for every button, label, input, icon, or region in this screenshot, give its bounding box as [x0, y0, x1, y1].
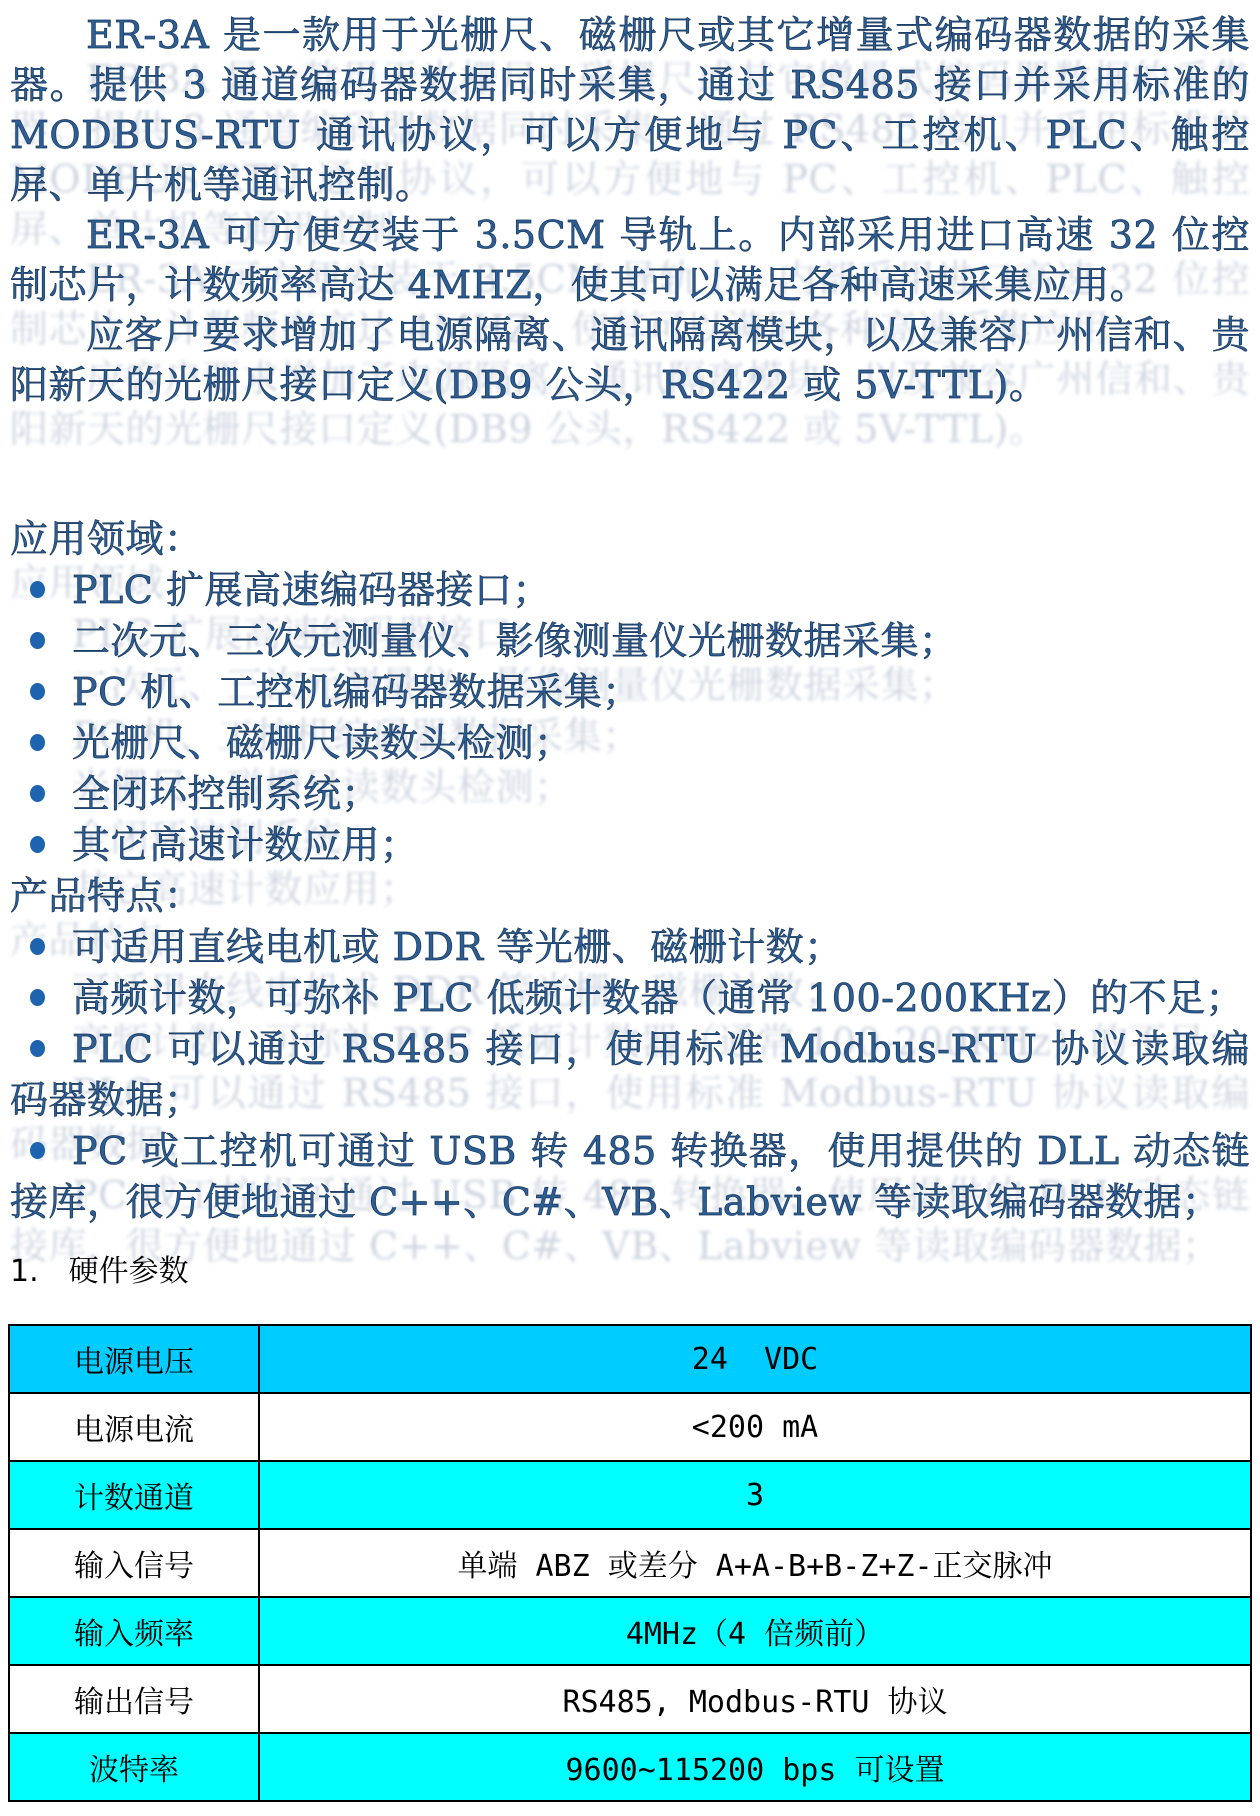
param-label-cell: 输出信号 [9, 1665, 259, 1733]
bullet-icon [30, 734, 45, 751]
list-item: PC 或工控机可通过 USB 转 485 转换器，使用提供的 DLL 动态链接库… [10, 1126, 1250, 1228]
param-value-cell: RS485, Modbus-RTU 协议 [259, 1665, 1251, 1733]
list-item-text: 光栅尺、磁栅尺读数头检测； [72, 721, 573, 765]
applications-heading: 应用领域： [10, 514, 1250, 565]
list-item-text: 全闭环控制系统； [72, 772, 380, 816]
section-title: 硬件参数 [69, 1254, 189, 1289]
features-list: 可适用直线电机或 DDR 等光栅、磁栅计数； 高频计数，可弥补 PLC 低频计数… [10, 922, 1250, 1228]
features-heading: 产品特点： [10, 871, 1250, 922]
list-item: PC 机、工控机编码器数据采集； [10, 667, 1250, 718]
bullet-icon [30, 683, 45, 700]
list-item: 高频计数，可弥补 PLC 低频计数器（通常 100-200KHz）的不足； [10, 973, 1250, 1024]
list-item: 可适用直线电机或 DDR 等光栅、磁栅计数； [10, 922, 1250, 973]
document-page: ER-3A 是一款用于光栅尺、磁栅尺或其它增量式编码器数据的采集器。提供 3 通… [0, 0, 1260, 1816]
bullet-icon [30, 785, 45, 802]
table-row: 波特率 9600~115200 bps 可设置 [9, 1733, 1251, 1801]
param-label-cell: 电源电流 [9, 1393, 259, 1461]
table-row: 计数通道 3 [9, 1461, 1251, 1529]
param-label-cell: 输入信号 [9, 1529, 259, 1597]
param-value-cell: 3 [259, 1461, 1251, 1529]
param-value-cell: 24 VDC [259, 1325, 1251, 1393]
section-number: 1. [10, 1254, 39, 1289]
bullet-icon [30, 989, 45, 1006]
param-value-cell: 9600~115200 bps 可设置 [259, 1733, 1251, 1801]
list-item-text: 高频计数，可弥补 PLC 低频计数器（通常 100-200KHz）的不足； [72, 976, 1244, 1020]
table-row: 电源电流 <200 mA [9, 1393, 1251, 1461]
param-label-cell: 输入频率 [9, 1597, 259, 1665]
list-item: PLC 扩展高速编码器接口； [10, 565, 1250, 616]
param-label-cell: 电源电压 [9, 1325, 259, 1393]
bullet-icon [30, 581, 45, 598]
list-item: PLC 可以通过 RS485 接口，使用标准 Modbus-RTU 协议读取编码… [10, 1024, 1250, 1126]
bullet-icon [30, 836, 45, 853]
list-item: 二次元、三次元测量仪、影像测量仪光栅数据采集； [10, 616, 1250, 667]
intro-paragraph: ER-3A 是一款用于光栅尺、磁栅尺或其它增量式编码器数据的采集器。提供 3 通… [10, 10, 1250, 210]
table-row: 输出信号 RS485, Modbus-RTU 协议 [9, 1665, 1251, 1733]
table-row: 输入信号 单端 ABZ 或差分 A+A-B+B-Z+Z-正交脉冲 [9, 1529, 1251, 1597]
bullet-icon [30, 1040, 45, 1057]
param-label-cell: 计数通道 [9, 1461, 259, 1529]
section-heading: 1.硬件参数 [10, 1254, 1250, 1290]
hardware-parameters-table: 电源电压 24 VDC 电源电流 <200 mA 计数通道 3 输入信号 单端 … [8, 1324, 1252, 1802]
list-item: 全闭环控制系统； [10, 769, 1250, 820]
list-item-text: 其它高速计数应用； [72, 823, 419, 867]
list-item-text: PC 或工控机可通过 USB 转 485 转换器，使用提供的 DLL 动态链接库… [10, 1129, 1250, 1224]
list-item: 其它高速计数应用； [10, 820, 1250, 871]
list-item-text: PLC 扩展高速编码器接口； [72, 568, 551, 612]
bullet-icon [30, 632, 45, 649]
table-row: 电源电压 24 VDC [9, 1325, 1251, 1393]
intro-paragraph: ER-3A 可方便安装于 3.5CM 导轨上。内部采用进口高速 32 位控制芯片… [10, 210, 1250, 310]
param-value-cell: 4MHz（4 倍频前） [259, 1597, 1251, 1665]
table-row: 输入频率 4MHz（4 倍频前） [9, 1597, 1251, 1665]
list-item: 光栅尺、磁栅尺读数头检测； [10, 718, 1250, 769]
list-item-text: 二次元、三次元测量仪、影像测量仪光栅数据采集； [72, 619, 958, 663]
list-item-text: PLC 可以通过 RS485 接口，使用标准 Modbus-RTU 协议读取编码… [10, 1027, 1250, 1122]
applications-list: PLC 扩展高速编码器接口； 二次元、三次元测量仪、影像测量仪光栅数据采集； P… [10, 565, 1250, 871]
intro-paragraph: 应客户要求增加了电源隔离、通讯隔离模块，以及兼容广州信和、贵阳新天的光栅尺接口定… [10, 310, 1250, 410]
param-value-cell: 单端 ABZ 或差分 A+A-B+B-Z+Z-正交脉冲 [259, 1529, 1251, 1597]
bullet-icon [30, 938, 45, 955]
intro-section: ER-3A 是一款用于光栅尺、磁栅尺或其它增量式编码器数据的采集器。提供 3 通… [10, 10, 1250, 410]
param-label-cell: 波特率 [9, 1733, 259, 1801]
list-item-text: PC 机、工控机编码器数据采集； [72, 670, 641, 714]
param-value-cell: <200 mA [259, 1393, 1251, 1461]
bullet-icon [30, 1142, 45, 1159]
list-item-text: 可适用直线电机或 DDR 等光栅、磁栅计数； [72, 925, 843, 969]
